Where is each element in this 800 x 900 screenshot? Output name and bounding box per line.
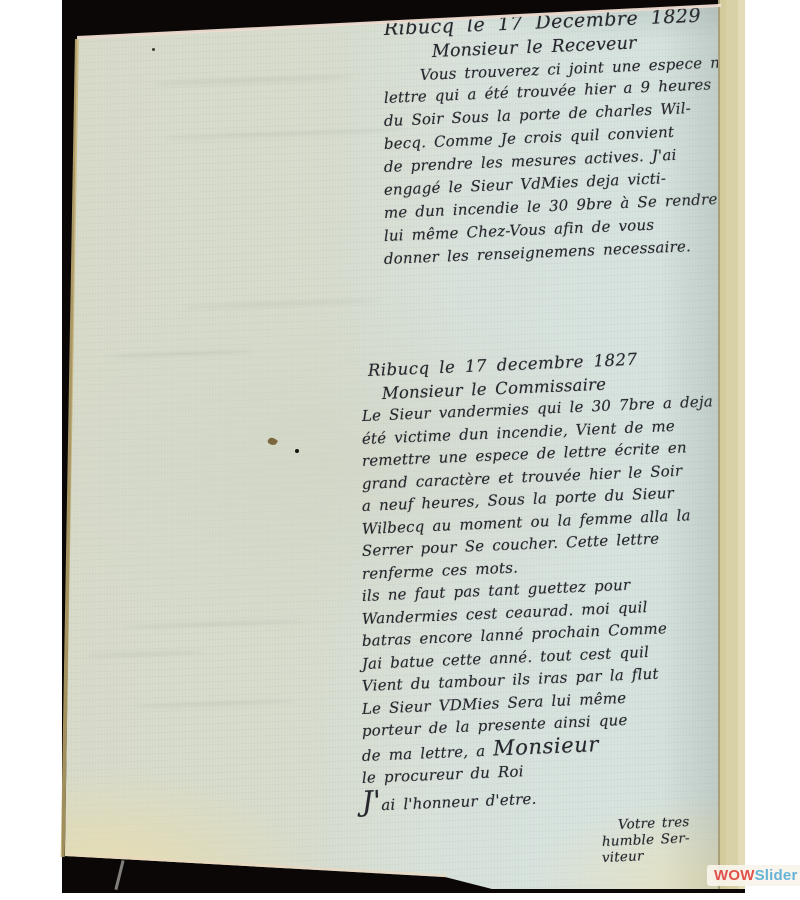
ink-blot: [152, 48, 155, 51]
page-showthrough: [166, 128, 406, 140]
screenshot-root: { "watermark": { "wow": "WOW", "slider":…: [0, 0, 800, 900]
page-showthrough: [152, 75, 352, 87]
wow-text: WOW: [714, 867, 755, 884]
letter-second: Ribucq le 17 decembre 1827Monsieur le Co…: [362, 360, 750, 867]
ink-blot: [295, 449, 299, 453]
ink-blot: [267, 436, 278, 447]
slider-text: Slider: [755, 867, 798, 884]
page-showthrough: [84, 650, 204, 658]
manuscript-page: Ribucq le 17 Decembre 1829Monsieur le Re…: [62, 0, 745, 893]
book-fore-edge: [718, 0, 745, 889]
manuscript-photo: Ribucq le 17 Decembre 1829Monsieur le Re…: [62, 0, 745, 893]
letter-first: Ribucq le 17 Decembre 1829Monsieur le Re…: [384, 18, 746, 271]
scratch-mark: [114, 860, 124, 890]
page-showthrough: [124, 619, 304, 629]
page-showthrough: [182, 299, 382, 310]
page-showthrough: [134, 699, 294, 709]
page-showthrough: [104, 349, 254, 358]
wowslider-watermark[interactable]: WOWSlider: [707, 865, 800, 886]
manuscript-emphasis: Monsieur: [493, 732, 600, 760]
